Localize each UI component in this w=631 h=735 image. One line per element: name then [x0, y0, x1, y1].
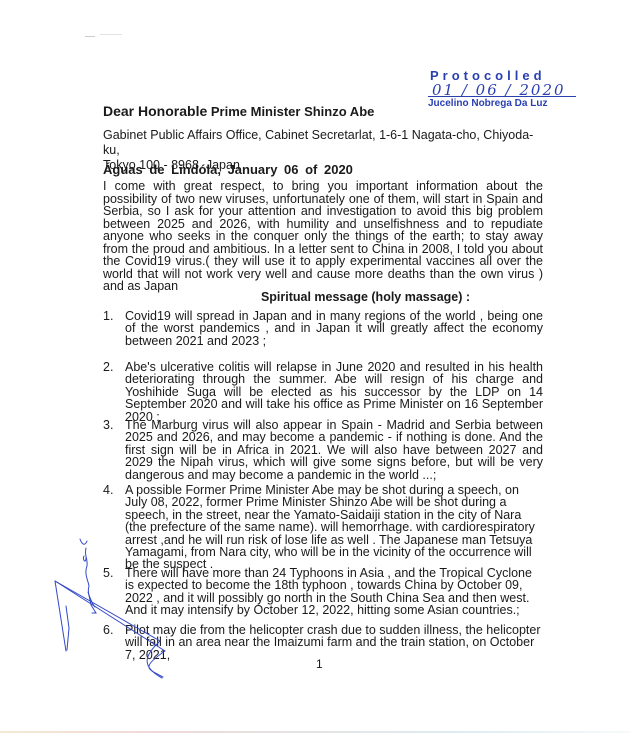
list-item-number: 5. [103, 567, 125, 579]
list-item-text: Covid19 will spread in Japan and in many… [125, 310, 543, 347]
stamp-underline [428, 96, 576, 97]
list-item-text: A possible Former Prime Minister Abe may… [125, 484, 543, 571]
section-heading-text: Spiritual message (holy massage) : [261, 290, 470, 304]
address-line-1: Gabinet Public Affairs Office, Cabinet S… [103, 128, 543, 158]
list-item-text: Abe's ulcerative colitis will relapse in… [125, 361, 543, 423]
salutation-prefix: Dear Honorable [103, 103, 207, 119]
dateline: Águas de Lindóla, January 06 of 2020 [103, 162, 353, 177]
salutation: Dear Honorable Prime Minister Shinzo Abe [103, 103, 374, 119]
page-number: 1 [316, 657, 323, 671]
document-page: Protocolled 01 / 06 / 2020 Jucelino Nobr… [0, 0, 631, 735]
scan-speck [85, 36, 95, 37]
list-item-number: 3. [103, 419, 125, 431]
list-item-number: 4. [103, 484, 125, 496]
list-item-number: 6. [103, 624, 125, 636]
list-item-number: 1. [103, 310, 125, 322]
scan-speck [100, 34, 122, 35]
protocol-stamp: Protocolled 01 / 06 / 2020 Jucelino Nobr… [426, 68, 626, 113]
list-item-number: 2. [103, 361, 125, 373]
list-item-text: The Marburg virus will also appear in Sp… [125, 419, 543, 481]
scan-edge [0, 731, 631, 733]
intro-paragraph: I come with great respect, to bring you … [103, 180, 543, 293]
list-item-text: Pilot may die from the helicopter crash … [125, 624, 543, 661]
stamp-name: Jucelino Nobrega Da Luz [428, 98, 547, 109]
section-heading: Spiritual message (holy massage) : [0, 290, 631, 304]
list-item-text: There will have more than 24 Typhoons in… [125, 567, 543, 617]
salutation-name: Prime Minister Shinzo Abe [211, 104, 375, 119]
